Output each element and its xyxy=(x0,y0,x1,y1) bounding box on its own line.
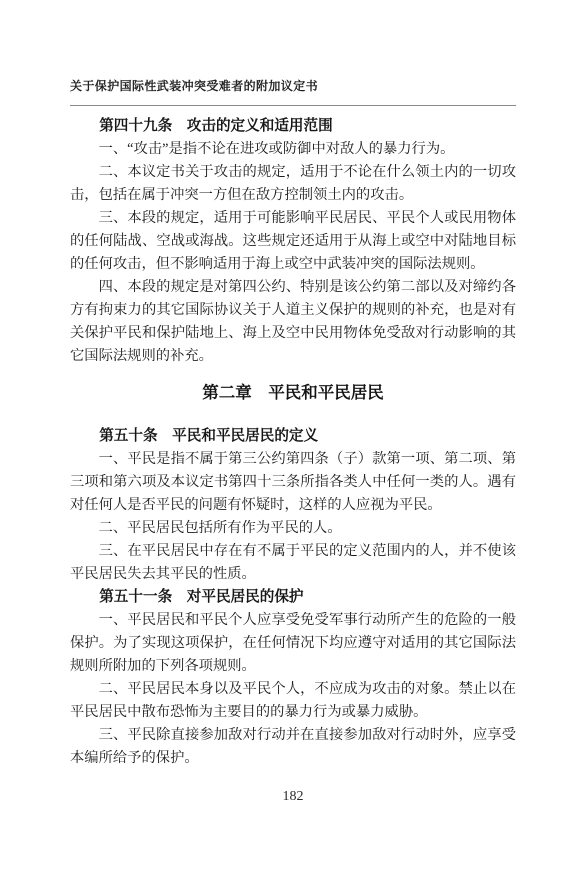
header-divider xyxy=(70,105,516,106)
article-49-paragraph-3: 三、本段的规定，适用于可能影响平民居民、平民个人或民用物体的任何陆战、空战或海战… xyxy=(70,207,516,276)
article-50-paragraph-2: 二、平民居民包括所有作为平民的人。 xyxy=(70,517,516,540)
article-49-paragraph-1: 一、“攻击”是指不论在进攻或防御中对敌人的暴力行为。 xyxy=(70,138,516,161)
article-51-paragraph-3: 三、平民除直接参加敌对行动并在直接参加敌对行动时外，应享受本编所给予的保护。 xyxy=(70,724,516,770)
page-number: 182 xyxy=(0,789,586,805)
article-50-paragraph-1: 一、平民是指不属于第三公约第四条（子）款第一项、第二项、第三项和第六项及本议定书… xyxy=(70,448,516,517)
chapter-2-heading: 第二章 平民和平民居民 xyxy=(70,381,516,404)
article-50-paragraph-3: 三、在平民居民中存在有不属于平民的定义范围内的人，并不使该平民居民失去其平民的性… xyxy=(70,540,516,586)
article-51-paragraph-1: 一、平民居民和平民个人应享受免受军事行动所产生的危险的一般保护。为了实现这项保护… xyxy=(70,609,516,678)
article-49-heading: 第四十九条 攻击的定义和适用范围 xyxy=(70,115,516,138)
article-51-heading: 第五十一条 对平民居民的保护 xyxy=(70,586,516,609)
article-50-heading: 第五十条 平民和平民居民的定义 xyxy=(70,425,516,448)
document-page: 关于保护国际性武装冲突受难者的附加议定书 第四十九条 攻击的定义和适用范围 一、… xyxy=(0,0,586,869)
document-body: 第四十九条 攻击的定义和适用范围 一、“攻击”是指不论在进攻或防御中对敌人的暴力… xyxy=(70,115,516,770)
running-head: 关于保护国际性武装冲突受难者的附加议定书 xyxy=(70,80,516,93)
article-49-paragraph-4: 四、本段的规定是对第四公约、特别是该公约第二部以及对缔约各方有拘束力的其它国际协… xyxy=(70,276,516,368)
article-51-paragraph-2: 二、平民居民本身以及平民个人，不应成为攻击的对象。禁止以在平民居民中散布恐怖为主… xyxy=(70,678,516,724)
page-header: 关于保护国际性武装冲突受难者的附加议定书 xyxy=(70,80,516,106)
article-49-paragraph-2: 二、本议定书关于攻击的规定，适用于不论在什么领土内的一切攻击，包括在属于冲突一方… xyxy=(70,161,516,207)
